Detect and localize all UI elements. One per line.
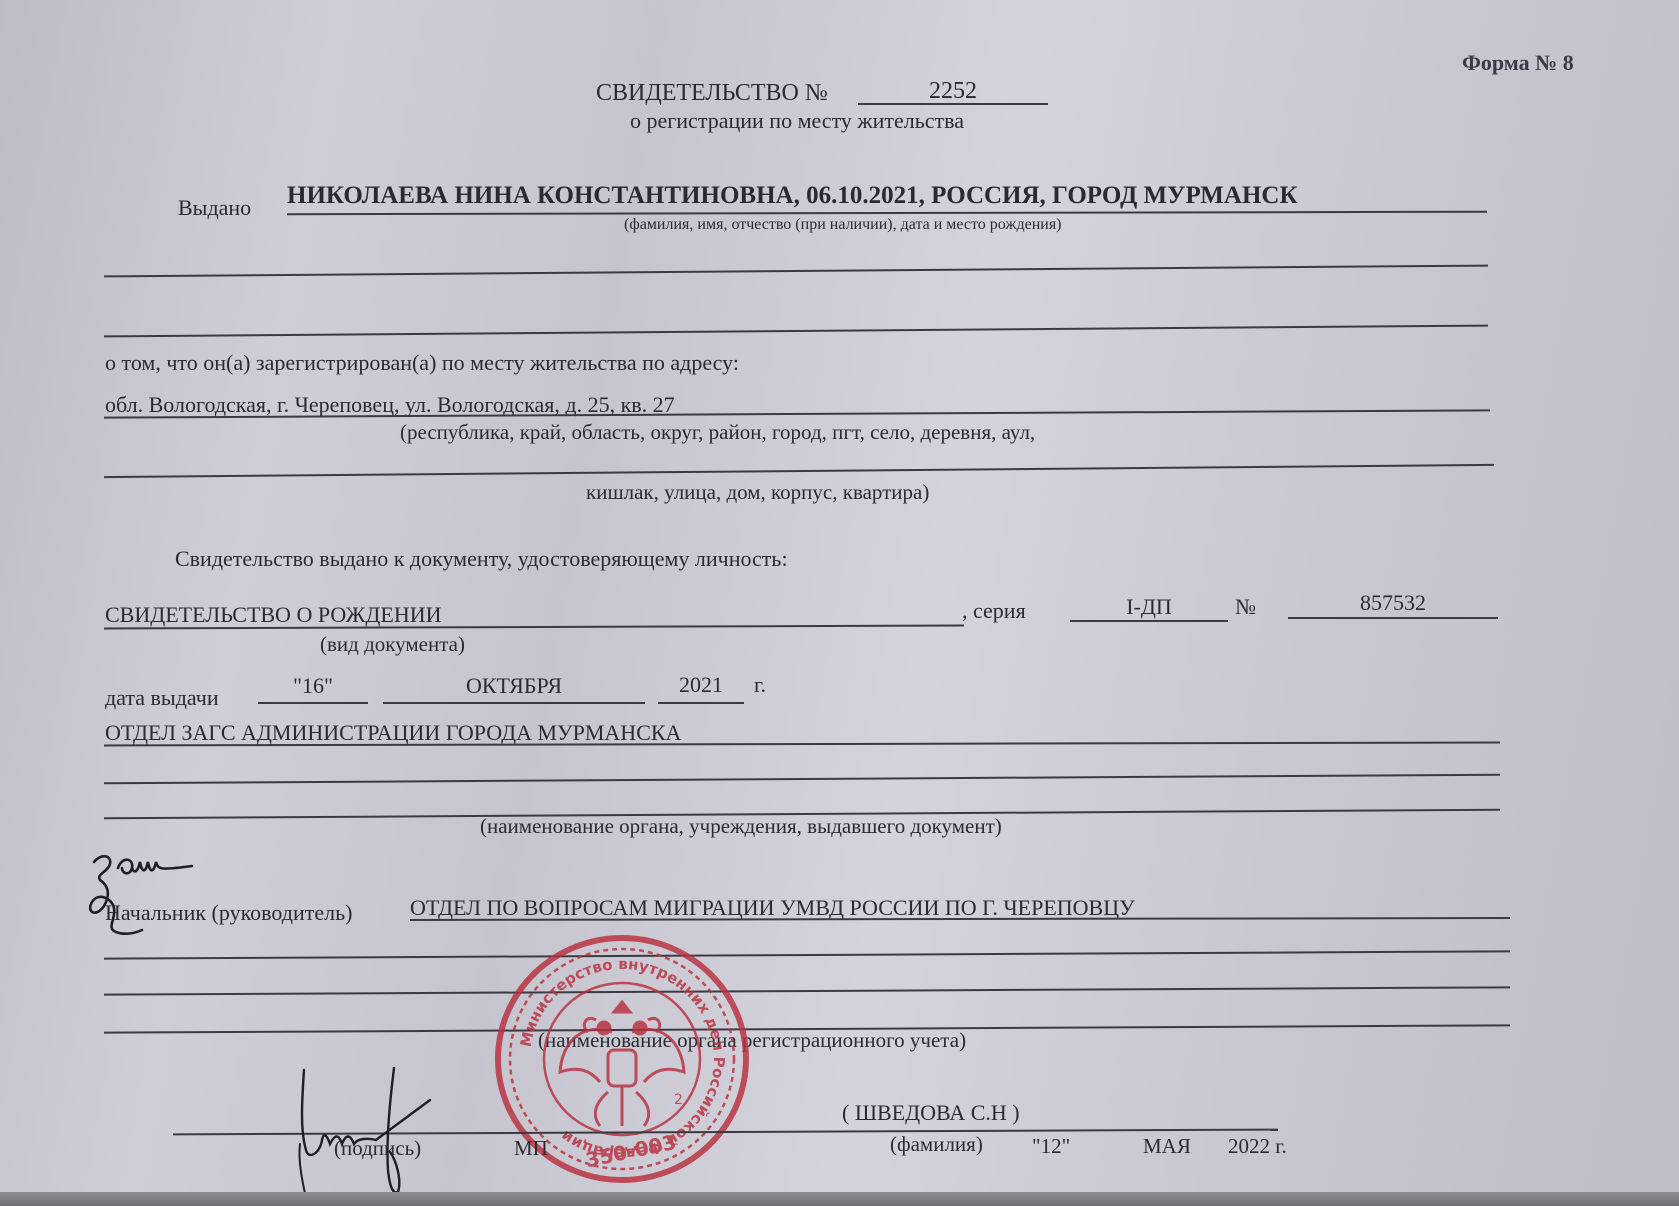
svg-text:2: 2 (674, 1092, 683, 1108)
page-bottom-edge (0, 1192, 1679, 1206)
blank-line-1 (104, 265, 1488, 278)
blank-line-2 (104, 325, 1488, 338)
head-label: Начальник (руководитель) (105, 900, 352, 926)
number-label: № (1235, 594, 1256, 620)
certificate-number: 2252 (858, 78, 1048, 105)
document-number: 857532 (1288, 590, 1498, 616)
sign-day: "12" (1032, 1134, 1070, 1159)
form-number: Форма № 8 (1462, 50, 1574, 76)
issuer-caption: (наименование органа, учреждения, выдавш… (480, 814, 1002, 839)
identity-intro: Свидетельство выдано к документу, удосто… (175, 546, 788, 572)
certificate-subtitle: о регистрации по месту жительства (630, 108, 964, 134)
series-line (1070, 620, 1228, 622)
signer-caption: (фамилия) (890, 1132, 983, 1157)
issuer-line-2 (104, 774, 1500, 785)
stamp-code: 350-003 (583, 1130, 678, 1173)
series-label: , серия (962, 598, 1026, 624)
address-line-2 (104, 464, 1494, 478)
document-type: СВИДЕТЕЛЬСТВО О РОЖДЕНИИ (105, 602, 442, 628)
document-issuer: ОТДЕЛ ЗАГС АДМИНИСТРАЦИИ ГОРОДА МУРМАНСК… (105, 720, 681, 746)
issued-to-label: Выдано (178, 195, 251, 221)
issue-year: 2021 (658, 672, 744, 698)
authority-line-2 (104, 950, 1510, 959)
issued-to-value: НИКОЛАЕВА НИНА КОНСТАНТИНОВНА, 06.10.202… (287, 182, 1298, 210)
authority-line-3 (104, 986, 1510, 995)
sign-year: 2022 г. (1228, 1134, 1287, 1159)
address-caption-1: (республика, край, область, округ, район… (400, 420, 1035, 445)
signature-scribble-icon (290, 1060, 470, 1200)
handwritten-signature (290, 1060, 470, 1200)
signature-caption: (подпись) (334, 1136, 421, 1161)
issue-day: "16" (258, 673, 368, 699)
issue-month-line (383, 702, 645, 704)
stamp-place-label: МП (514, 1136, 548, 1161)
signer-name: ( ШВЕДОВА С.Н ) (842, 1100, 1020, 1126)
issue-month: ОКТЯБРЯ (383, 673, 645, 699)
certificate-title: СВИДЕТЕЛЬСТВО № (596, 80, 828, 107)
registration-intro: о том, что он(а) зарегистрирован(а) по м… (105, 350, 739, 376)
document-type-caption: (вид документа) (320, 632, 465, 657)
document-series: I-ДП (1070, 594, 1228, 620)
issue-day-line (258, 702, 368, 704)
number-line (1288, 617, 1498, 619)
issue-date-label: дата выдачи (105, 685, 219, 711)
sign-month: МАЯ (1143, 1134, 1191, 1159)
issue-year-line (658, 702, 744, 704)
issued-to-caption: (фамилия, имя, отчество (при наличии), д… (624, 216, 1062, 234)
issued-to-line (287, 211, 1487, 216)
address-caption-2: кишлак, улица, дом, корпус, квартира) (586, 480, 929, 505)
issue-year-suffix: г. (754, 672, 766, 698)
